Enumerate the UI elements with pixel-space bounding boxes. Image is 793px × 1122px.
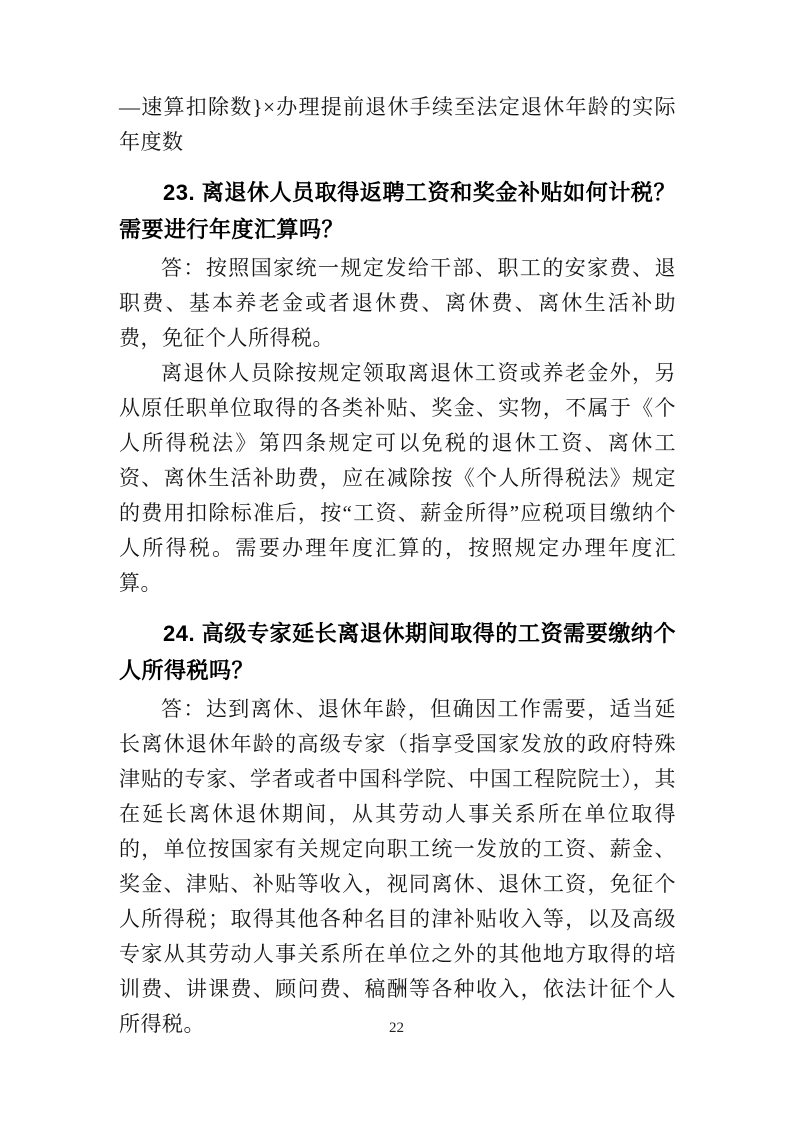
question-24-answer-paragraph: 答：达到离休、退休年龄，但确因工作需要，适当延长离休退休年龄的高级专家（指享受国… xyxy=(119,692,676,1042)
question-23-answer-paragraph-2: 离退休人员除按规定领取离退休工资或养老金外，另从原任职单位取得的各类补贴、奖金、… xyxy=(119,356,676,601)
question-23-heading: 23. 离退休人员取得返聘工资和奖金补贴如何计税？需要进行年度汇算吗？ xyxy=(119,174,676,248)
question-24-heading: 24. 高级专家延长离退休期间取得的工资需要缴纳个人所得税吗？ xyxy=(119,615,676,689)
document-body: —速算扣除数}×办理提前退休手续至法定退休年龄的实际年度数 23. 离退休人员取… xyxy=(119,90,676,1042)
question-23-answer-paragraph-1: 答：按照国家统一规定发给干部、职工的安家费、退职费、基本养老金或者退休费、离休费… xyxy=(119,251,676,356)
document-page: —速算扣除数}×办理提前退休手续至法定退休年龄的实际年度数 23. 离退休人员取… xyxy=(0,0,793,1122)
page-number: 22 xyxy=(0,1020,793,1037)
formula-continuation-paragraph: —速算扣除数}×办理提前退休手续至法定退休年龄的实际年度数 xyxy=(119,90,676,160)
